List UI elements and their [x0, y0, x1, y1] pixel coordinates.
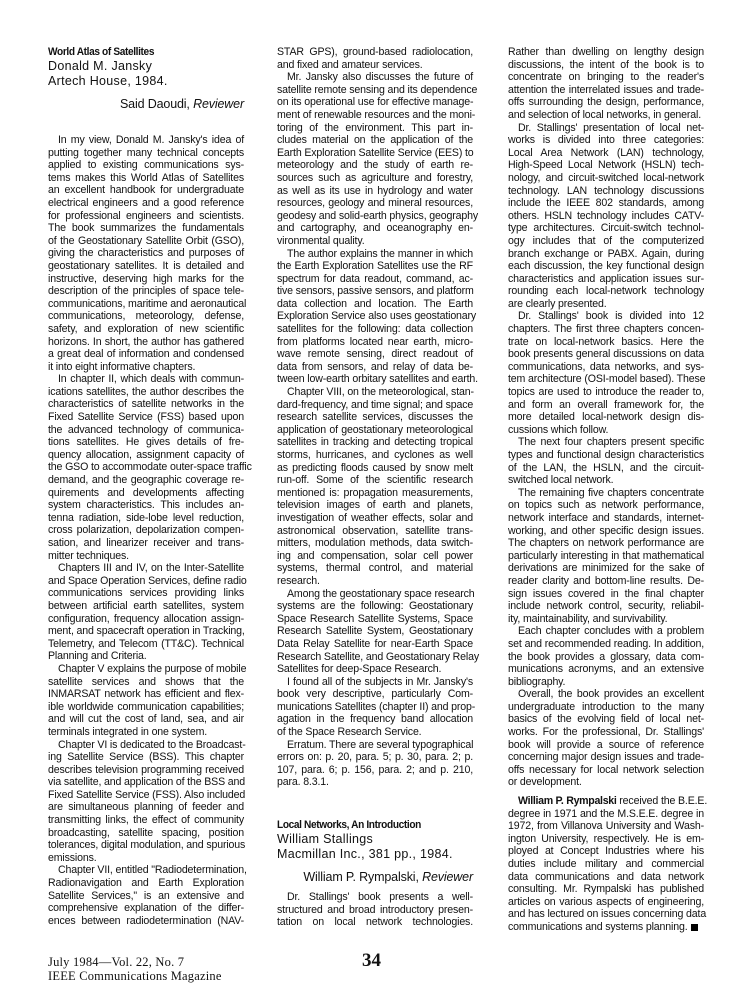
reviewer-name: Said Daoudi, — [120, 97, 190, 111]
text-line: investigation of weather effects, solar … — [277, 512, 473, 525]
text-line: Each chapter concludes with a problem — [508, 625, 704, 638]
text-line: discussions, the intent of the book is t… — [508, 59, 704, 72]
text-line: Exploration Service also uses geostation… — [277, 310, 473, 323]
text-line: type architectures. Circuit-switch techn… — [508, 222, 704, 235]
text-line: research satellite services, discusses t… — [277, 411, 473, 424]
text-line: or development. — [508, 776, 704, 789]
text-line: as well as its use in hydrology and wate… — [277, 185, 473, 198]
text-line: quirements and developments affecting — [48, 487, 244, 500]
text-line: mitter techniques. — [48, 550, 244, 563]
text-line: the book provides a glossary, data com- — [508, 651, 704, 664]
text-line: and form an overall framework for, the — [508, 399, 704, 412]
text-line: works is divided into three categories: — [508, 134, 704, 147]
text-line: giving the characteristics and purposes … — [48, 247, 244, 260]
text-line: quency allocation, assignment capacity o… — [48, 449, 244, 462]
text-line: satellite remote sensing and its depende… — [277, 84, 473, 97]
text-line: ment, and spacecraft operation in Tracki… — [48, 625, 244, 638]
text-line: communications, meteorology, defense, — [48, 310, 244, 323]
magazine-name: IEEE Communications Magazine — [48, 969, 222, 983]
text-line: from platforms located near earth, micro… — [277, 336, 473, 349]
text-line: book will provide a source of reference — [508, 739, 704, 752]
text-line: meteorology and the study of earth re- — [277, 159, 473, 172]
text-line: applied to existing communications sys- — [48, 159, 244, 172]
text-line: Radionavigation and Earth Exploration — [48, 877, 244, 890]
text-line: wave remote sensing, direct readout of — [277, 348, 473, 361]
text-line: Telemetry, and Telecom (TT&C). Technical — [48, 638, 244, 651]
text-line: Dr. Stallings' book is divided into 12 — [508, 310, 704, 323]
text-line: an excellent handbook for undergraduate — [48, 184, 244, 197]
text-line: it into eight informative chapters. — [48, 361, 244, 374]
text-line: resources, geology and mineral resources… — [277, 197, 473, 210]
text-line: degree in 1971 and the M.S.E.E. degree i… — [508, 808, 704, 821]
text-line: trate on local-network basics. Here the — [508, 336, 704, 349]
text-line: television images of earth and planets, — [277, 499, 473, 512]
reviewer-credit: Said Daoudi, Reviewer — [48, 97, 244, 112]
column-1: World Atlas of Satellites Donald M. Jans… — [48, 46, 244, 927]
text-line: satellite services and shows that the — [48, 676, 244, 689]
text-line: are clearly presented. — [508, 298, 704, 311]
text-line: Fixed Satellite Service (FSS) based upon — [48, 411, 244, 424]
text-line: cludes material on the application of th… — [277, 134, 473, 147]
text-line: Local Area Network (LAN) technology, — [508, 147, 704, 160]
text-line: and selection of local networks, in gene… — [508, 109, 704, 122]
text-line: articles on various aspects of engineeri… — [508, 896, 704, 909]
book-author: Donald M. Jansky — [48, 59, 244, 74]
text-line: Data Relay Satellite for near-Earth Spac… — [277, 638, 473, 651]
text-line: mitters, modulation methods, data switch… — [277, 537, 473, 550]
text-line: rounding each local-network technology — [508, 285, 704, 298]
text-line: tenna radiation, side-lobe level reducti… — [48, 512, 244, 525]
page-number: 34 — [362, 950, 381, 972]
text-line: ing Satellite Service (BSS). This chapte… — [48, 751, 244, 764]
text-line: electrical engineers and a good referenc… — [48, 197, 244, 210]
text-line: types and functional design characterist… — [508, 449, 704, 462]
end-of-article-icon — [691, 924, 698, 931]
text-line: systems, thermal control, and material — [277, 562, 473, 575]
text-line: undergraduate introduction to the many — [508, 701, 704, 714]
text-line: between artificial earth satellites, sys… — [48, 600, 244, 613]
text-line: Chapters III and IV, on the Inter-Satell… — [48, 562, 244, 575]
text-line: particularly interesting in that mathema… — [508, 550, 704, 563]
text-line: research. — [277, 575, 473, 588]
text-line: topics are used to introduce the reader … — [508, 386, 704, 399]
text-line: data from sensors, and relay of data be- — [277, 361, 473, 374]
book-title: World Atlas of Satellites — [48, 46, 228, 59]
text-line: the GSO to accommodate outer-space traff… — [48, 461, 244, 474]
text-line: In chapter II, which deals with commun- — [48, 373, 244, 386]
text-line: agation in the frequency band allocation — [277, 713, 473, 726]
text-line: set and recommended reading. In addition… — [508, 638, 704, 651]
text-line: for professional engineers and scientist… — [48, 210, 244, 223]
text-line: concerning major design issues and trade… — [508, 751, 704, 764]
text-line: Among the geostationary space research — [277, 588, 473, 601]
book-author-2: William Stallings — [277, 832, 473, 847]
text-line: are simultaneous planning of feeder and — [48, 801, 244, 814]
reviewer-role-2: Reviewer — [422, 870, 473, 884]
text-line: and fixed and amateur services. — [277, 59, 473, 72]
text-line: Erratum. There are several typographical — [277, 739, 473, 752]
text-line: characteristics of satellite networks in… — [48, 398, 244, 411]
reviewer-bio: degree in 1971 and the M.S.E.E. degree i… — [508, 808, 704, 934]
text-line: characteristics and application issues s… — [508, 273, 704, 286]
text-line: ications satellites, the author describe… — [48, 386, 244, 399]
text-line: In my view, Donald M. Jansky's idea of — [48, 134, 244, 147]
text-line: ences between radiodetermination (NAV- — [48, 915, 244, 928]
text-line: emissions. — [48, 852, 244, 865]
text-line: tation on local network technologies. — [277, 916, 473, 929]
text-line: ployed at Concept Industries where his — [508, 845, 704, 858]
text-line: Dr. Stallings' presentation of local net… — [508, 122, 704, 135]
text-line: The next four chapters present specific — [508, 436, 704, 449]
book-publisher: Artech House, 1984. — [48, 74, 244, 89]
text-line: more detailed local-network design dis- — [508, 411, 704, 424]
text-line: communications and systems planning. — [508, 921, 704, 934]
text-line: system characteristics. This includes an… — [48, 499, 244, 512]
text-line: ogy includes that of the computerized — [508, 235, 704, 248]
text-line: include network control, security, relia… — [508, 600, 704, 613]
text-line: reader clarity and bottom-line results. … — [508, 575, 704, 588]
text-line: communications, data networks, and sys- — [508, 361, 704, 374]
text-line: spectrum for data readout, command, ac- — [277, 273, 473, 286]
issue-info: July 1984—Vol. 22, No. 7 — [48, 955, 222, 969]
text-line: Overall, the book provides an excellent — [508, 688, 704, 701]
text-line: tions satellites. He gives details of fr… — [48, 436, 244, 449]
text-line: run-off. Some of the scientific research — [277, 474, 473, 487]
text-line: and will cut the cost of land, sea, and … — [48, 713, 244, 726]
text-line: configuration, frequency allocation assi… — [48, 613, 244, 626]
text-line: mentioned is: propagation measurements, — [277, 487, 473, 500]
text-line: and Space Operation Services, define rad… — [48, 575, 244, 588]
text-line: cussions which follow. — [508, 424, 704, 437]
review2-body-col3: Rather than dwelling on lengthy designdi… — [508, 46, 704, 789]
text-line: broadcasting, satellite spacing, positio… — [48, 827, 244, 840]
text-line: putting together many technical concepts — [48, 147, 244, 160]
text-line: and cartography, and oceanography en- — [277, 222, 473, 235]
text-line: attention the interrelated issues and tr… — [508, 84, 704, 97]
text-line: munications acronyms, and an extensive — [508, 663, 704, 676]
text-line: of the LAN, the HSLN, and the circuit- — [508, 462, 704, 475]
text-line: geodesy and solid-earth physics, geograp… — [277, 210, 473, 223]
text-line: and has lectured on issues concerning da… — [508, 908, 704, 921]
text-line: book presents general discussions on dat… — [508, 348, 704, 361]
text-line: switched local network. — [508, 474, 704, 487]
text-line: ing and compensation, solar cell power — [277, 550, 473, 563]
text-line: consulting. Mr. Rympalski has published — [508, 883, 704, 896]
text-line: horizons. In short, the author has gathe… — [48, 336, 244, 349]
text-line: sources such as agriculture and forestry… — [277, 172, 473, 185]
book-title-2: Local Networks, An Introduction — [277, 819, 457, 832]
text-line: basics of the evolving field of local ne… — [508, 713, 704, 726]
text-line: offs surrounding the design, performance… — [508, 96, 704, 109]
reviewer-bio-first-line: William P. Rympalski received the B.E.E. — [508, 795, 704, 808]
text-line: communications services providing links — [48, 587, 244, 600]
text-line: toring of the environment. This part in- — [277, 122, 473, 135]
text-line: astronomical observation, satellite tran… — [277, 525, 473, 538]
text-line: Chapter V explains the purpose of mobile — [48, 663, 244, 676]
text-line: instructive, deserving high marks for th… — [48, 273, 244, 286]
text-line: tems makes this World Atlas of Satellite… — [48, 172, 244, 185]
text-line: The book summarizes the fundamentals — [48, 222, 244, 235]
text-line: geostationary satellites. It is detailed… — [48, 260, 244, 273]
text-line: the Earth Exploration Satellites use the… — [277, 260, 473, 273]
text-line: tween low-earth orbitary satellites and … — [277, 373, 473, 386]
text-line: include the IEEE 802 standards, among — [508, 197, 704, 210]
text-line: safety, and exploration of new scientifi… — [48, 323, 244, 336]
text-line: network interface and standards, interne… — [508, 512, 704, 525]
text-line: ible worldwide communication capabilitie… — [48, 701, 244, 714]
text-line: 1972, from Villanova University and Wash… — [508, 820, 704, 833]
text-line: ity, maintainability, and survivability. — [508, 613, 704, 626]
bio-name: William P. Rympalski — [518, 795, 617, 807]
text-line: STAR GPS), ground-based radiolocation, — [277, 46, 473, 59]
text-line: via satellite, and application of the BS… — [48, 776, 244, 789]
text-line: Chapter VII, entitled "Radiodeterminatio… — [48, 864, 244, 877]
text-line: on its operational use for effective man… — [277, 96, 473, 109]
text-line: ington University, respectively. He is e… — [508, 833, 704, 846]
text-line: Research Satellite System, Geostationary — [277, 625, 473, 638]
review-body-col1: In my view, Donald M. Jansky's idea ofpu… — [48, 134, 244, 927]
text-line: communications, maritime and aeronautica… — [48, 298, 244, 311]
text-line: ment of renewable resources and the moni… — [277, 109, 473, 122]
text-line: Dr. Stallings' book presents a well- — [277, 891, 473, 904]
text-line: sign issues covered in the final chapter — [508, 588, 704, 601]
text-line: a great deal of information and condense… — [48, 348, 244, 361]
text-line: transmitting links, the effect of commun… — [48, 814, 244, 827]
text-line: chapters. The first three chapters conce… — [508, 323, 704, 336]
text-line: Space Research Satellite Systems, Space — [277, 613, 473, 626]
text-line: Rather than dwelling on lengthy design — [508, 46, 704, 59]
text-line: Research Satellite, and Geostationary Re… — [277, 651, 473, 664]
text-line: INMARSAT network has efficient and flex- — [48, 688, 244, 701]
text-line: the advanced technology of communica- — [48, 424, 244, 437]
text-line: data collection and location. The Earth — [277, 298, 473, 311]
text-line: The remaining five chapters concentrate — [508, 487, 704, 500]
reviewer-credit-2: William P. Rympalski, Reviewer — [277, 870, 473, 885]
text-line: bibliography. — [508, 676, 704, 689]
text-line: data communications and data network — [508, 871, 704, 884]
text-line: concentrate on bringing to the reader's — [508, 71, 704, 84]
column-3: Rather than dwelling on lengthy designdi… — [508, 46, 704, 934]
text-line: comprehensive explanation of the differ- — [48, 902, 244, 915]
text-line: as predicting floods caused by snow melt — [277, 462, 473, 475]
book-publisher-2: Macmillan Inc., 381 pp., 1984. — [277, 847, 473, 862]
text-line: offs necessary for local network selecti… — [508, 764, 704, 777]
column-2: STAR GPS), ground-based radiolocation,an… — [277, 46, 473, 929]
text-line: works. For the professional, Dr. Stallin… — [508, 726, 704, 739]
review2-body-col2: Dr. Stallings' book presents a well-stru… — [277, 891, 473, 929]
text-line: systems are the following: Geostationary — [277, 600, 473, 613]
text-line: technology. LAN technology discussions — [508, 185, 704, 198]
text-line: Chapter VIII, on the meteorological, sta… — [277, 386, 473, 399]
text-line: storms, hurricanes, and cyclones as well — [277, 449, 473, 462]
text-line: derivations are minimized for the sake o… — [508, 562, 704, 575]
text-line: working, and other specific design issue… — [508, 525, 704, 538]
text-line: branch exchange or PABX. Again, during — [508, 248, 704, 261]
text-line: The chapters on network performance are — [508, 537, 704, 550]
text-line: Earth Exploration Satellite Service (EES… — [277, 147, 473, 160]
text-line: I found all of the subjects in Mr. Jansk… — [277, 676, 473, 689]
text-line: para. 8.3.1. — [277, 776, 473, 789]
text-line: cross polarization, depolarization compe… — [48, 524, 244, 537]
reviewer-name-2: William P. Rympalski, — [303, 870, 418, 884]
text-line: duties include military and commercial — [508, 858, 704, 871]
text-line: nology, and circuit-switched local-netwo… — [508, 172, 704, 185]
text-line: Chapter VI is dedicated to the Broadcast… — [48, 739, 244, 752]
review-body-col2: STAR GPS), ground-based radiolocation,an… — [277, 46, 473, 789]
text-line: description of the principles of space t… — [48, 285, 244, 298]
text-line: 107, para. 6; p. 156, para. 2; and p. 21… — [277, 764, 473, 777]
text-line: of the Space Research Service. — [277, 726, 473, 739]
text-line: others. HSLN technology includes CATV- — [508, 210, 704, 223]
text-line: describes television programming receive… — [48, 764, 244, 777]
text-line: of the Geostationary Satellite Orbit (GS… — [48, 235, 244, 248]
page-footer: July 1984—Vol. 22, No. 7 IEEE Communicat… — [48, 955, 222, 983]
text-line: Satellites for deep-Space Research. — [277, 663, 473, 676]
text-line: sation, and linearizer receiver and tran… — [48, 537, 244, 550]
text-line: application of geostationary meteorologi… — [277, 424, 473, 437]
text-line: demand, and the geographic coverage re- — [48, 474, 244, 487]
text-line: satellites in tracking and detecting tro… — [277, 436, 473, 449]
text-line: dard-frequency, and time signal; and spa… — [277, 399, 473, 412]
reviewer-role: Reviewer — [193, 97, 244, 111]
text-line: Planning and Criteria. — [48, 650, 244, 663]
text-line: terminals integrated in one system. — [48, 726, 244, 739]
text-line: High-Speed Local Network (HSLN) tech- — [508, 159, 704, 172]
text-line: tive sensors, passive sensors, and platf… — [277, 285, 473, 298]
text-line: structured and broad introductory presen… — [277, 904, 473, 917]
text-line: tolerances, digital modulation, and spur… — [48, 839, 244, 852]
text-line: on topics such as network performance, — [508, 499, 704, 512]
text-line: each discussion, the key functional desi… — [508, 260, 704, 273]
text-line: vironmental quality. — [277, 235, 473, 248]
text-line: munications Satellites (chapter II) and … — [277, 701, 473, 714]
text-line: The author explains the manner in which — [277, 248, 473, 261]
text-line: Mr. Jansky also discusses the future of — [277, 71, 473, 84]
text-line: tem architecture (OSI-model based). Thes… — [508, 373, 704, 386]
text-line: book very descriptive, particularly Com- — [277, 688, 473, 701]
text-line: errors on: p. 20, para. 5; p. 30, para. … — [277, 751, 473, 764]
text-line: Fixed Satellite Service (FSS). Also incl… — [48, 789, 244, 802]
text-line: satellites for the following: data colle… — [277, 323, 473, 336]
text-line: Satellite Services," is an extensive and — [48, 890, 244, 903]
